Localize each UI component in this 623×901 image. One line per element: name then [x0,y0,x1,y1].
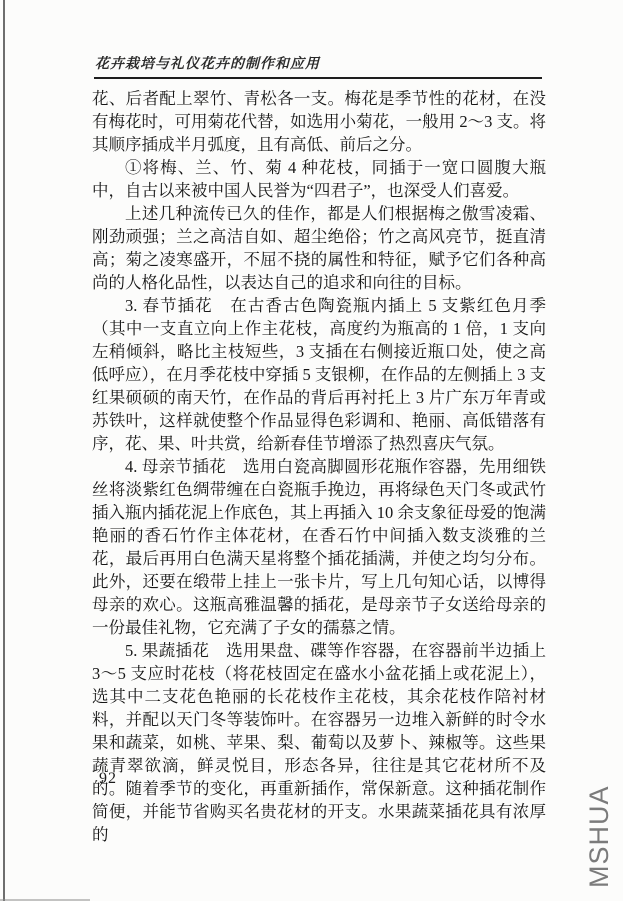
paragraph-summary: 上述几种流传已久的佳作，都是人们根据梅之傲雪凌霜、刚劲顽强；兰之高洁自如、超尘绝… [92,202,546,294]
running-header-title: 花卉栽培与礼仪花卉的制作和应用 [95,53,555,73]
paragraph-continuation: 花、后者配上翠竹、青松各一支。梅花是季节性的花材，在没有梅花时，可用菊花代替，如… [92,87,546,156]
scanned-book-page: { "header": { "running_title": "花卉栽培与礼仪花… [0,0,623,901]
paragraph-list-item-1: ①将梅、兰、竹、菊 4 种花枝，同插于一宽口圆腹大瓶中，自古以来被中国人民誉为“… [92,156,546,202]
page-number: 92 [99,770,117,788]
paragraph-fruit-vegetable-arrangement: 5. 果蔬插花 选用果盘、碟等作容器，在容器前半边插上 3～5 支应时花枝（将花… [92,639,546,846]
watermark-text: MSHUA [584,788,614,888]
paragraph-mothers-day-arrangement: 4. 母亲节插花 选用白瓷高脚圆形花瓶作容器，先用细铁丝将淡紫红色绸带缠在白瓷瓶… [92,455,546,639]
paragraph-spring-festival-arrangement: 3. 春节插花 在古香古色陶瓷瓶内插上 5 支紫红色月季（其中一支直立向上作主花… [92,294,546,455]
page-body-text: 花、后者配上翠竹、青松各一支。梅花是季节性的花材，在没有梅花时，可用菊花代替，如… [92,87,546,846]
scan-edge-line [3,0,5,901]
header-rule-divider [94,77,542,79]
